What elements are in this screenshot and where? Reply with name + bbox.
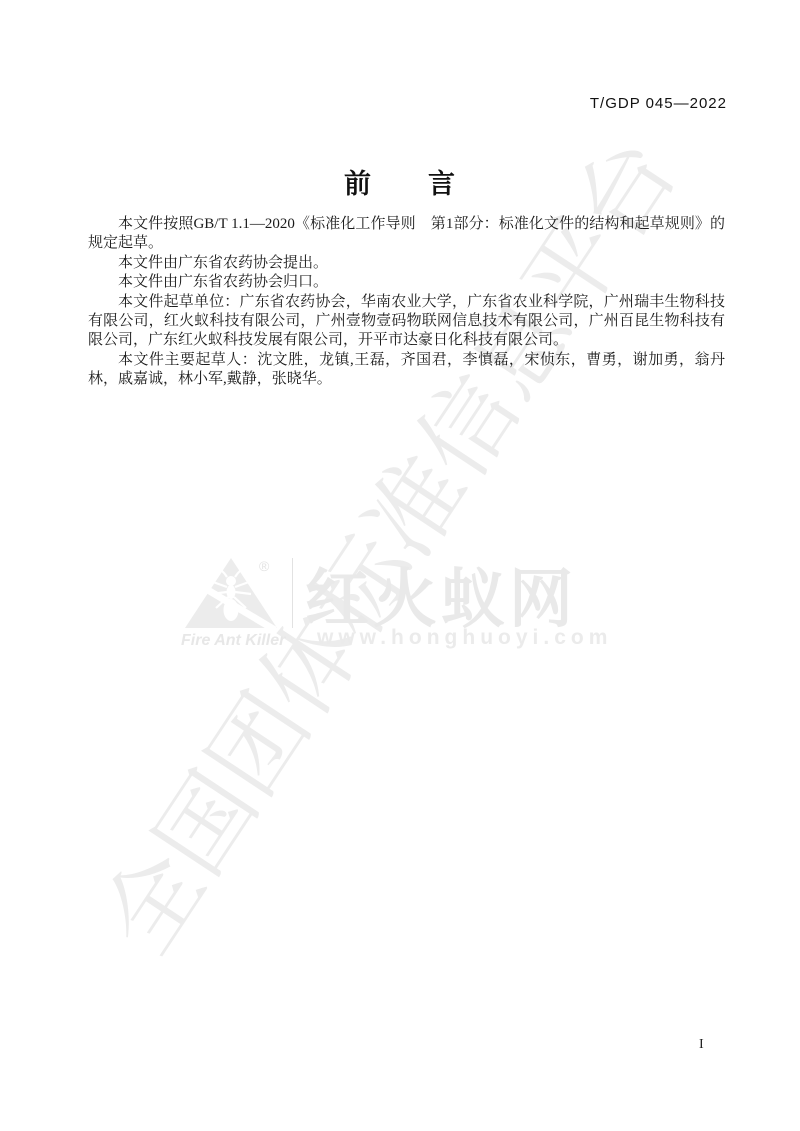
- document-content: T/GDP 045—2022 前 言 本文件按照GB/T 1.1—2020《标准…: [0, 0, 800, 1131]
- foreword-body: 本文件按照GB/T 1.1—2020《标准化工作导则 第1部分：标准化文件的结构…: [88, 215, 725, 390]
- page-number: I: [699, 1037, 704, 1053]
- foreword-title: 前 言: [0, 162, 800, 201]
- paragraph-under-jurisdiction: 本文件由广东省农药协会归口。: [88, 273, 725, 292]
- paragraph-basis: 本文件按照GB/T 1.1—2020《标准化工作导则 第1部分：标准化文件的结构…: [88, 215, 725, 254]
- document-page: 全国团体标准信息平台 ®: [0, 0, 800, 1131]
- paragraph-proposed-by: 本文件由广东省农药协会提出。: [88, 254, 725, 273]
- paragraph-main-drafters: 本文件主要起草人：沈文胜，龙镇,王磊，齐国君，李慎磊，宋侦东，曹勇，谢加勇，翁丹…: [88, 351, 725, 390]
- paragraph-drafting-organizations: 本文件起草单位：广东省农药协会，华南农业大学，广东省农业科学院，广州瑞丰生物科技…: [88, 293, 725, 351]
- standard-number: T/GDP 045—2022: [590, 95, 727, 112]
